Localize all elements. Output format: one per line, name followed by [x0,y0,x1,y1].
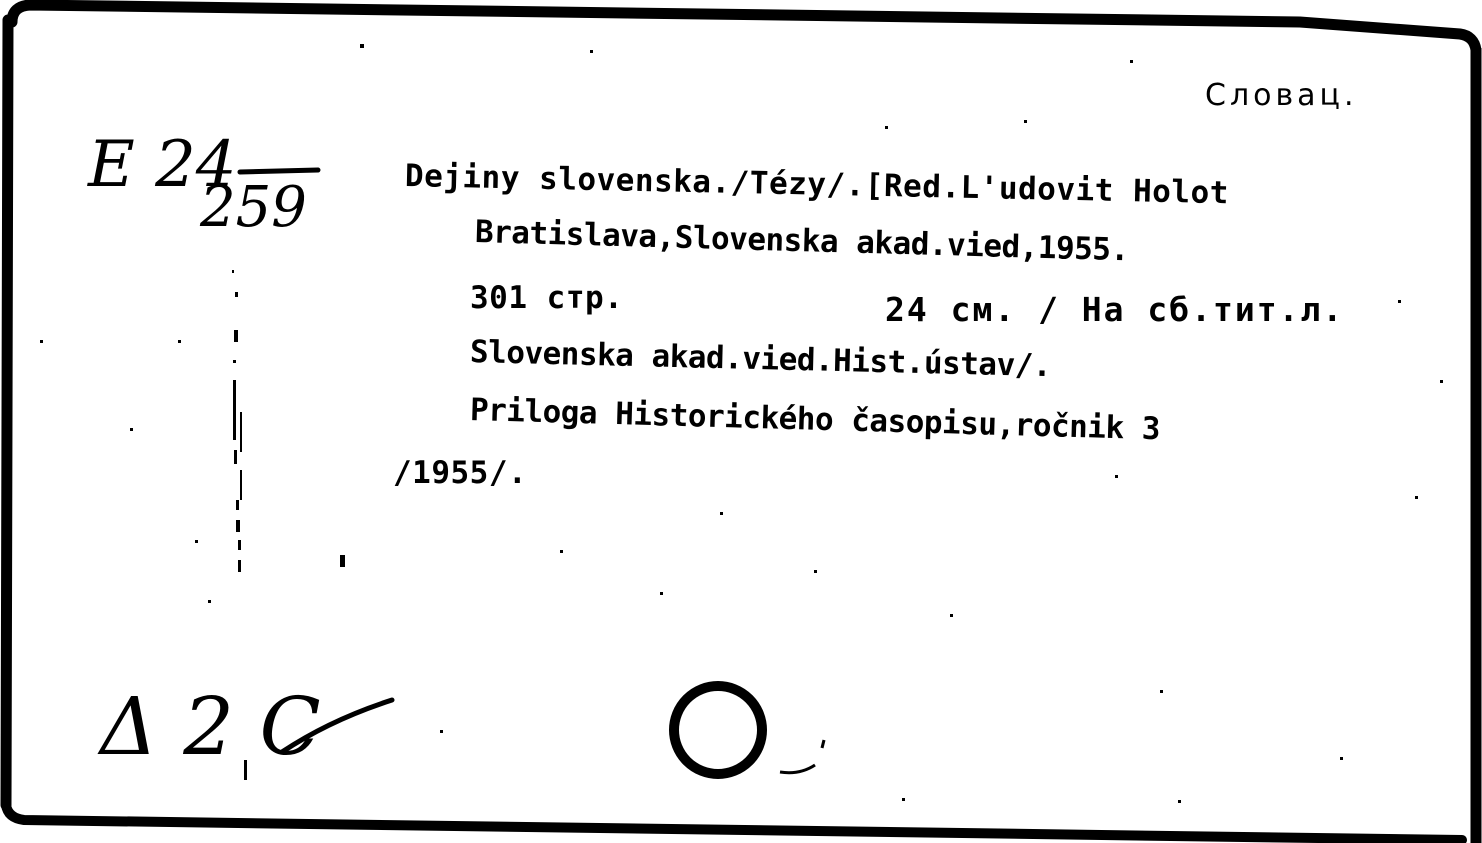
entry-pages: 301 стр. [470,280,623,316]
entry-series-year: /1955/. [393,455,527,491]
shelfmark-number: 259 [200,175,307,240]
handwritten-code: Δ 2 С [100,680,321,773]
entry-size-note: 24 см. / На сб.тит.л. [885,290,1344,329]
catalog-card: Словац. E 24 259 Dejiny slovenska./Tézy/… [0,0,1482,843]
circle-mark [674,686,762,774]
handwritten-note: Словац. [1205,78,1358,113]
